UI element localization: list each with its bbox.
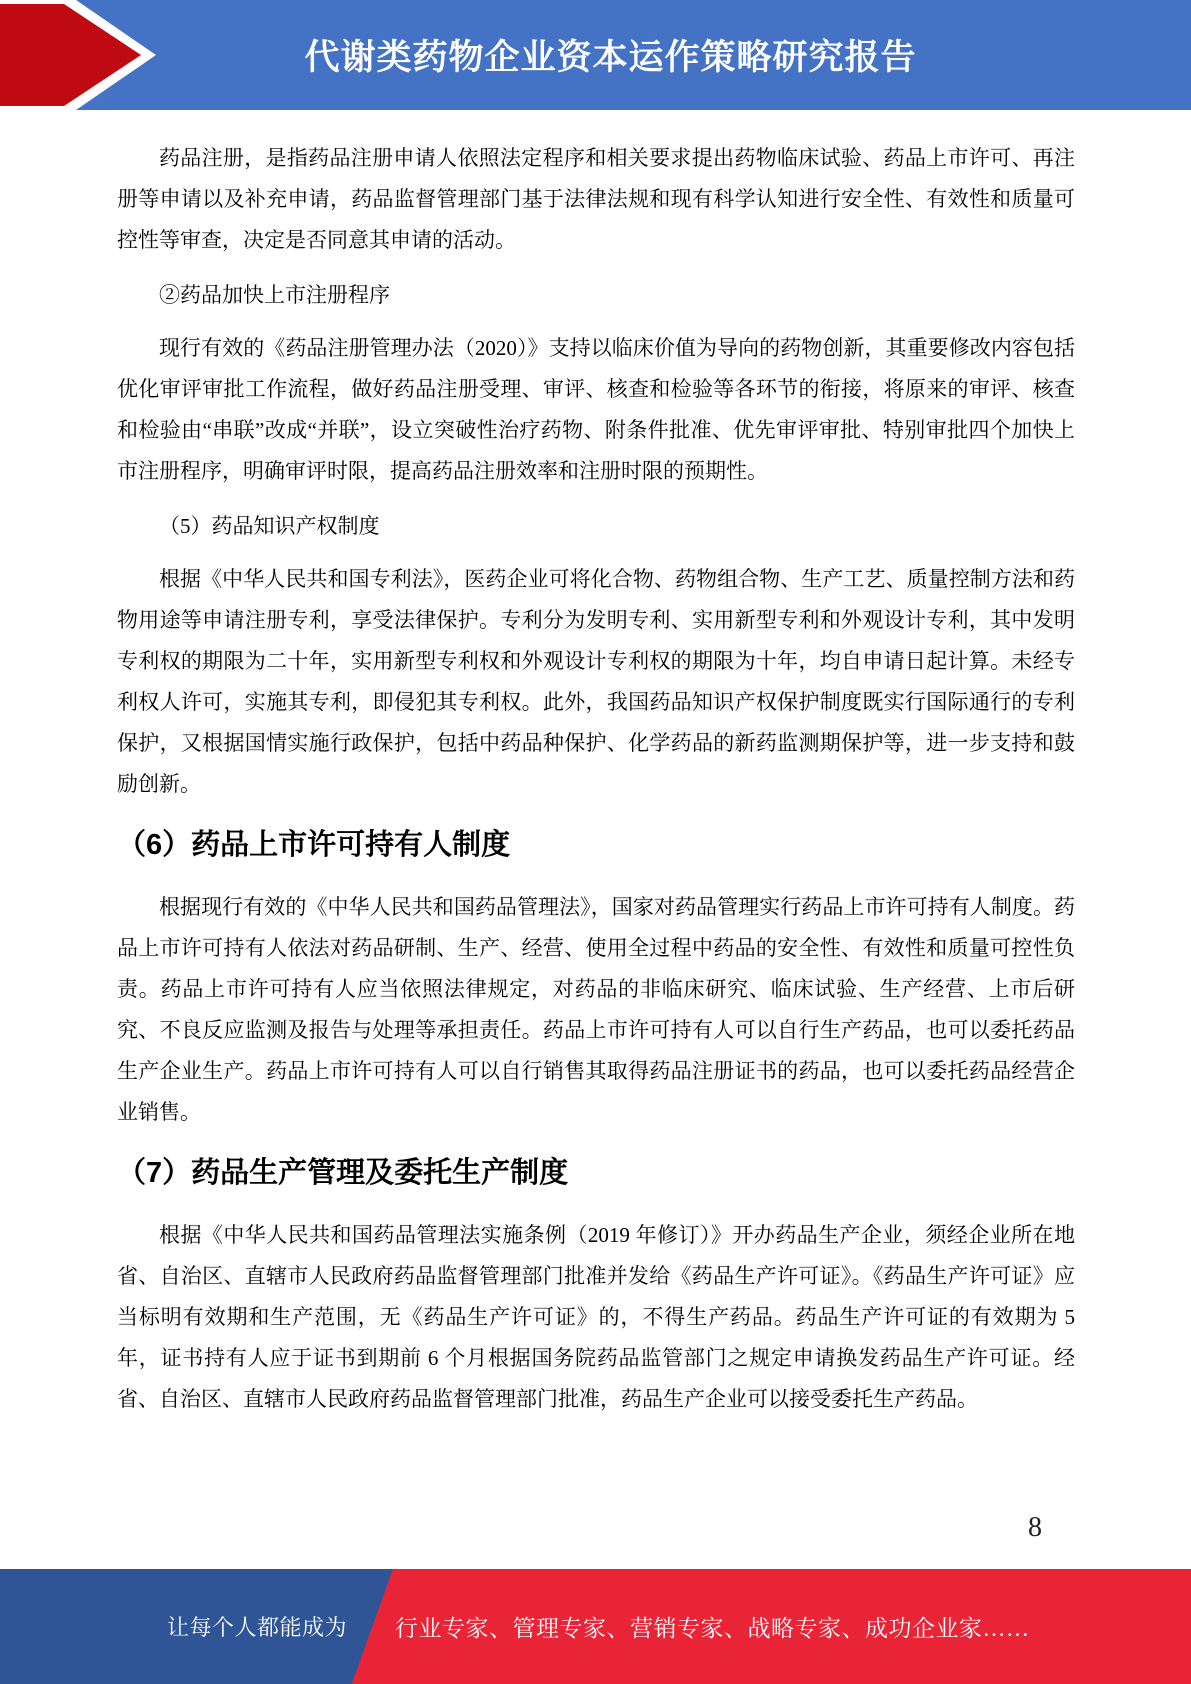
paragraph-drug-registration: 药品注册，是指药品注册申请人依照法定程序和相关要求提出药物临床试验、药品上市许可… [117, 138, 1075, 261]
footer-slogan-right: 行业专家、管理专家、营销专家、战略专家、成功企业家…… [395, 1569, 1030, 1684]
page-footer: 让每个人都能成为 行业专家、管理专家、营销专家、战略专家、成功企业家…… [0, 1569, 1191, 1684]
page-number: 8 [1028, 1512, 1042, 1544]
page-header: 代谢类药物企业资本运作策略研究报告 [0, 0, 1191, 110]
paragraph-ip-system: 根据《中华人民共和国专利法》，医药企业可将化合物、药物组合物、生产工艺、质量控制… [117, 559, 1075, 805]
report-page: 代谢类药物企业资本运作策略研究报告 药品注册，是指药品注册申请人依照法定程序和相… [0, 0, 1191, 1684]
paragraph-mah-system: 根据现行有效的《中华人民共和国药品管理法》，国家对药品管理实行药品上市许可持有人… [117, 887, 1075, 1133]
footer-slogan-left: 让每个人都能成为 [167, 1611, 347, 1642]
subheading-ip-system: （5）药品知识产权制度 [117, 506, 1075, 547]
footer-blue-panel: 让每个人都能成为 [0, 1569, 393, 1684]
report-title: 代谢类药物企业资本运作策略研究报告 [0, 0, 1191, 110]
subheading-accelerated-registration: ②药品加快上市注册程序 [117, 275, 1075, 316]
paragraph-production-system: 根据《中华人民共和国药品管理法实施条例（2019 年修订）》开办药品生产企业，须… [117, 1215, 1075, 1420]
heading-production-system: （7）药品生产管理及委托生产制度 [117, 1151, 1075, 1195]
document-body: 药品注册，是指药品注册申请人依照法定程序和相关要求提出药物临床试验、药品上市许可… [0, 110, 1191, 1420]
paragraph-accelerated-registration: 现行有效的《药品注册管理办法（2020）》支持以临床价值为导向的药物创新，其重要… [117, 328, 1075, 492]
heading-mah-system: （6）药品上市许可持有人制度 [117, 823, 1075, 867]
